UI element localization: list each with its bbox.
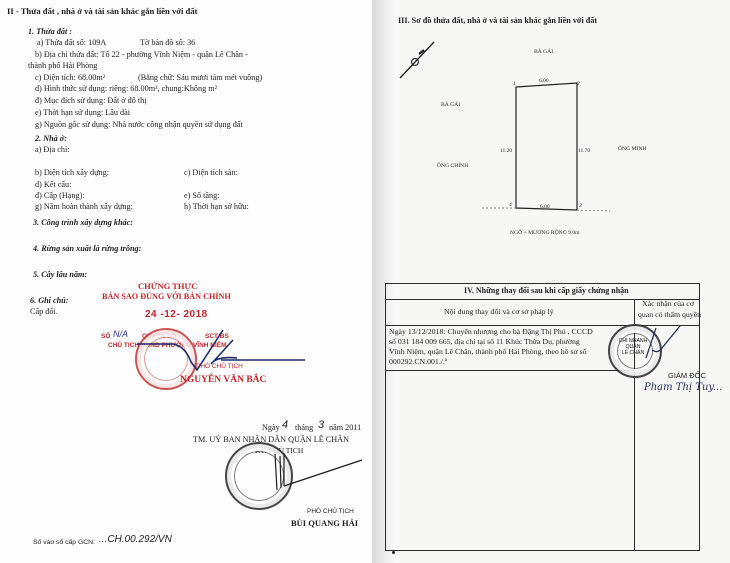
perennial-trees-heading: 5. Cây lâu năm:	[33, 270, 87, 280]
usage-term: e) Thời hạn sử dụng: Lâu dài	[35, 108, 130, 118]
issuance-signer-name: BÙI QUANG HẢI	[291, 518, 358, 528]
usage-purpose: đ) Mục đích sử dụng: Đất ở đô thị	[35, 96, 147, 106]
certification-signer-title: PHÓ CHỦ TỊCH	[196, 362, 243, 372]
director-title: GIÁM ĐỐC	[668, 371, 706, 381]
neighbor-left-top: BÀ GÁI	[441, 100, 460, 110]
changes-table-title-row: IV. Những thay đổi sau khi cấp giấy chứn…	[386, 284, 699, 300]
neighbor-left-bottom: ÔNG CHÍNH	[437, 161, 468, 171]
issuance-day: 4	[282, 420, 288, 430]
house-build-area: b) Diện tích xây dựng:	[35, 168, 109, 178]
column-header-content: Nội dung thay đổi và cơ sở pháp lý	[444, 307, 554, 317]
map-sheet-number: Tờ bản đồ số: 36	[140, 38, 195, 48]
issuance-date-prefix: Ngày	[262, 423, 280, 433]
section-ii-title: II - Thửa đất , nhà ở và tài sản khác gắ…	[7, 6, 198, 16]
house-grade: đ) Cấp (Hạng):	[35, 191, 85, 201]
change-entry-line: Vĩnh Niệm, quận Lê Chân, thành phố Hải P…	[389, 347, 587, 357]
certification-subheading: BẢN SAO ĐÚNG VỚI BẢN CHÍNH	[102, 292, 231, 302]
certification-date: 24 -12- 2018	[145, 310, 208, 320]
section-iii-title: III. Sơ đồ thửa đất, nhà ở và tài sản kh…	[398, 16, 597, 26]
corner-3: 3	[579, 201, 582, 211]
other-construction-heading: 3. Công trình xây dựng khác:	[33, 218, 133, 228]
director-name: Phạm Thị Tuy...	[644, 383, 722, 393]
corner-4: 4	[509, 200, 512, 210]
issuance-year: năm 2011	[329, 423, 361, 433]
plot-number: a) Thửa đất số: 109A	[37, 38, 106, 48]
plot-area-words: (Bằng chữ: Sáu mươi tám mét vuông)	[138, 73, 262, 83]
usage-form: d) Hình thức sử dụng: riêng: 68.00m², ch…	[35, 84, 217, 94]
neighbor-bottom-lane: NGÕ + MƯƠNG RỘNG 9.0m	[510, 228, 580, 238]
issuance-signer-title: PHÓ CHỦ TỊCH	[307, 507, 354, 517]
plot-address-line2: thành phố Hải Phòng	[28, 61, 97, 71]
neighbor-right: ÔNG MINH	[618, 144, 646, 154]
table-row-divider	[386, 370, 634, 371]
certificate-entry-label: Số vào sổ cấp GCN:	[33, 538, 95, 548]
land-heading: 1. Thửa đất :	[28, 27, 72, 37]
edge-bottom-length: 6.00	[540, 202, 550, 212]
director-signature	[640, 318, 700, 368]
plot-address-line1: b) Địa chỉ thửa đất: Tổ 22 - phường Vĩnh…	[35, 50, 248, 60]
notes-heading: 6. Ghi chú:	[30, 296, 68, 306]
edge-top-length: 6.00	[539, 76, 549, 86]
notes-value: Cấp đổi.	[30, 307, 58, 317]
house-ownership-term: h) Thời hạn sở hữu:	[184, 202, 249, 212]
signature-nguyen-van-bac	[125, 320, 310, 400]
column-header-confirm-line1: Xác nhận của cơ	[642, 299, 694, 309]
signature-bui-quang-hai	[270, 450, 365, 500]
issuance-month: 3	[318, 420, 324, 430]
production-forest-heading: 4. Rừng sản xuất là rừng trồng:	[33, 244, 141, 254]
certification-heading: CHỨNG THỰC	[138, 281, 197, 291]
left-page: II - Thửa đất , nhà ở và tài sản khác gắ…	[0, 0, 372, 563]
edge-right-length: 11.70	[578, 146, 590, 156]
edge-left-length: 11.20	[500, 146, 512, 156]
house-structure: d) Kết cấu:	[35, 180, 71, 190]
change-entry-line: số 031 184 009 665, địa chỉ tại số 11 Kh…	[389, 337, 580, 347]
change-entry-line: 000292.CN.001./.ª	[389, 357, 447, 367]
plot-area: c) Diện tích: 68.00m²	[35, 73, 105, 83]
certificate-entry-value: ...CH.00.292/VN	[99, 535, 172, 545]
house-heading: 2. Nhà ở:	[35, 134, 67, 144]
issuance-month-label: tháng	[295, 423, 313, 433]
corner-1: 1	[513, 79, 516, 89]
corner-2: 2	[577, 79, 580, 89]
certification-signer-name: NGUYỄN VĂN BẮC	[180, 375, 266, 385]
house-floors: e) Số tầng:	[184, 191, 219, 201]
ink-dot	[392, 551, 395, 554]
house-floor-area: c) Diện tích sàn:	[184, 168, 238, 178]
plot-diagram	[420, 70, 720, 250]
usage-origin: g) Nguồn gốc sử dụng: Nhà nước công nhận…	[35, 120, 243, 130]
changes-table-title: IV. Những thay đổi sau khi cấp giấy chứn…	[464, 286, 629, 296]
house-completed-year: g) Năm hoàn thành xây dựng:	[35, 202, 133, 212]
house-address: a) Địa chỉ:	[35, 145, 70, 155]
neighbor-top: BÀ GÁI	[534, 47, 553, 57]
change-entry-line: Ngày 13/12/2018: Chuyển nhượng cho bà Đặ…	[389, 327, 593, 337]
